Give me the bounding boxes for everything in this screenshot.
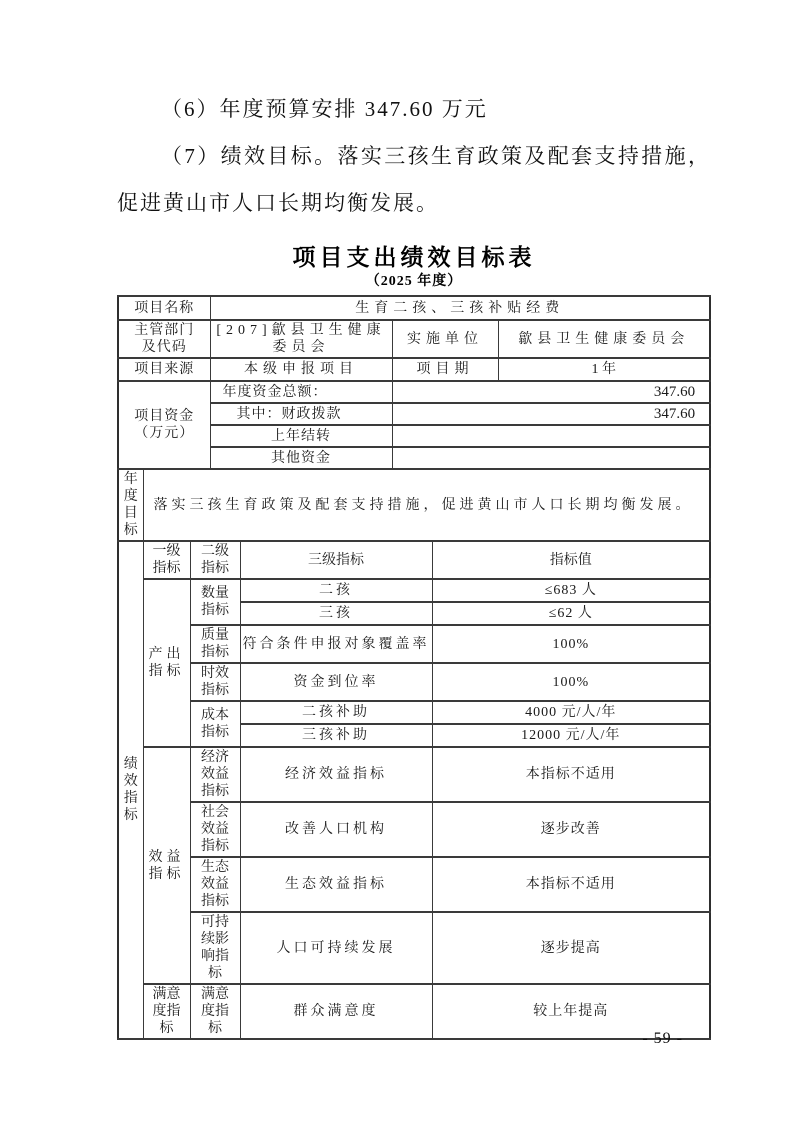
fund-other-value (392, 447, 710, 469)
header-level3: 三级指标 (240, 541, 432, 579)
table-row: 项目资金 （万元） 年度资金总额： 347.60 (118, 381, 710, 403)
group-satisfaction-label: 满意 度指 标 (143, 984, 190, 1039)
table-row: 主管部门 及代码 [207]歙县卫生健康委员会 实施单位 歙县卫生健康委员会 (118, 320, 710, 358)
fund-carryover-value (392, 425, 710, 447)
impl-unit-value: 歙县卫生健康委员会 (498, 320, 710, 358)
project-name-label: 项目名称 (118, 296, 210, 320)
paragraph-performance-goal: （7）绩效目标。落实三孩生育政策及配套支持措施，促进黄山市人口长期均衡发展。 (117, 133, 711, 227)
impl-unit-label: 实施单位 (392, 320, 498, 358)
indicator-value: 逐步提高 (432, 912, 710, 984)
table-row: 生态 效益 指标 生态效益指标 本指标不适用 (118, 857, 710, 912)
table-row: 年 度 目 标 落实三孩生育政策及配套支持措施，促进黄山市人口长期均衡发展。 (118, 469, 710, 541)
indicator-value: ≤62 人 (432, 602, 710, 625)
source-label: 项目来源 (118, 358, 210, 381)
indicator-name: 三孩 (240, 602, 432, 625)
page-content: （6）年度预算安排 347.60 万元 （7）绩效目标。落实三孩生育政策及配套支… (117, 0, 711, 1040)
header-level2: 二级 指标 (190, 541, 240, 579)
performance-target-table: 项目名称 生育二孩、三孩补贴经费 主管部门 及代码 [207]歙县卫生健康委员会… (117, 295, 711, 1040)
indicator-value: 本指标不适用 (432, 747, 710, 802)
dept-label: 主管部门 及代码 (118, 320, 210, 358)
indicator-name: 经济效益指标 (240, 747, 432, 802)
table-row: 可持 续影 响指 标 人口可持续发展 逐步提高 (118, 912, 710, 984)
annual-goal-label: 年 度 目 标 (118, 469, 143, 541)
funds-label: 项目资金 （万元） (118, 381, 210, 469)
indicator-value: 本指标不适用 (432, 857, 710, 912)
group-benefit-label: 效益 指标 (143, 747, 190, 984)
subgroup-social-label: 社会 效益 指标 (190, 802, 240, 857)
period-value: 1 年 (498, 358, 710, 381)
indicator-name: 资金到位率 (240, 663, 432, 701)
fund-total-label: 年度资金总额： (210, 381, 392, 403)
paragraph-budget: （6）年度预算安排 347.60 万元 (117, 86, 711, 133)
fund-total-value: 347.60 (392, 381, 710, 403)
table-row: 绩 效 指 标 一级 指标 二级 指标 三级指标 指标值 (118, 541, 710, 579)
indicator-name: 生态效益指标 (240, 857, 432, 912)
subgroup-ecological-label: 生态 效益 指标 (190, 857, 240, 912)
dept-value: [207]歙县卫生健康委员会 (210, 320, 392, 358)
indicator-value: 4000 元/人/年 (432, 701, 710, 724)
subgroup-economic-label: 经济 效益 指标 (190, 747, 240, 802)
indicator-name: 群众满意度 (240, 984, 432, 1039)
period-label: 项目期 (392, 358, 498, 381)
header-value: 指标值 (432, 541, 710, 579)
source-value: 本级申报项目 (210, 358, 392, 381)
table-row: 社会 效益 指标 改善人口机构 逐步改善 (118, 802, 710, 857)
table-row: 项目来源 本级申报项目 项目期 1 年 (118, 358, 710, 381)
table-row: 成本 指标 二孩补助 4000 元/人/年 (118, 701, 710, 724)
subgroup-cost-label: 成本 指标 (190, 701, 240, 747)
table-title: 项目支出绩效目标表 (117, 243, 711, 273)
indicator-name: 二孩补助 (240, 701, 432, 724)
annual-goal-value: 落实三孩生育政策及配套支持措施，促进黄山市人口长期均衡发展。 (143, 469, 710, 541)
fund-carryover-label: 上年结转 (210, 425, 392, 447)
subgroup-timeliness-label: 时效 指标 (190, 663, 240, 701)
indicator-value: 逐步改善 (432, 802, 710, 857)
subgroup-quantity-label: 数量 指标 (190, 579, 240, 625)
table-row: 时效 指标 资金到位率 100% (118, 663, 710, 701)
indicator-name: 二孩 (240, 579, 432, 602)
indicator-name: 人口可持续发展 (240, 912, 432, 984)
fund-other-label: 其他资金 (210, 447, 392, 469)
table-subtitle: （2025 年度） (117, 273, 711, 291)
table-row: 效益 指标 经济 效益 指标 经济效益指标 本指标不适用 (118, 747, 710, 802)
page-number: - 59 - (642, 1030, 683, 1048)
header-level1: 一级 指标 (143, 541, 190, 579)
subgroup-sustainability-label: 可持 续影 响指 标 (190, 912, 240, 984)
subgroup-satisfaction-label: 满意 度指 标 (190, 984, 240, 1039)
subgroup-quality-label: 质量 指标 (190, 625, 240, 663)
table-row: 产出 指标 数量 指标 二孩 ≤683 人 (118, 579, 710, 602)
table-row: 项目名称 生育二孩、三孩补贴经费 (118, 296, 710, 320)
project-name-value: 生育二孩、三孩补贴经费 (210, 296, 710, 320)
indicator-value: 100% (432, 625, 710, 663)
indicator-value: 100% (432, 663, 710, 701)
indicator-name: 符合条件申报对象覆盖率 (240, 625, 432, 663)
indicator-name: 三孩补助 (240, 724, 432, 747)
indicator-name: 改善人口机构 (240, 802, 432, 857)
indicator-value: ≤683 人 (432, 579, 710, 602)
group-output-label: 产出 指标 (143, 579, 190, 747)
indicator-value: 12000 元/人/年 (432, 724, 710, 747)
fund-fiscal-value: 347.60 (392, 403, 710, 425)
table-row: 满意 度指 标 满意 度指 标 群众满意度 较上年提高 (118, 984, 710, 1039)
table-row: 质量 指标 符合条件申报对象覆盖率 100% (118, 625, 710, 663)
fund-fiscal-label: 其中：财政拨款 (210, 403, 392, 425)
performance-indicator-side-label: 绩 效 指 标 (118, 541, 143, 1039)
